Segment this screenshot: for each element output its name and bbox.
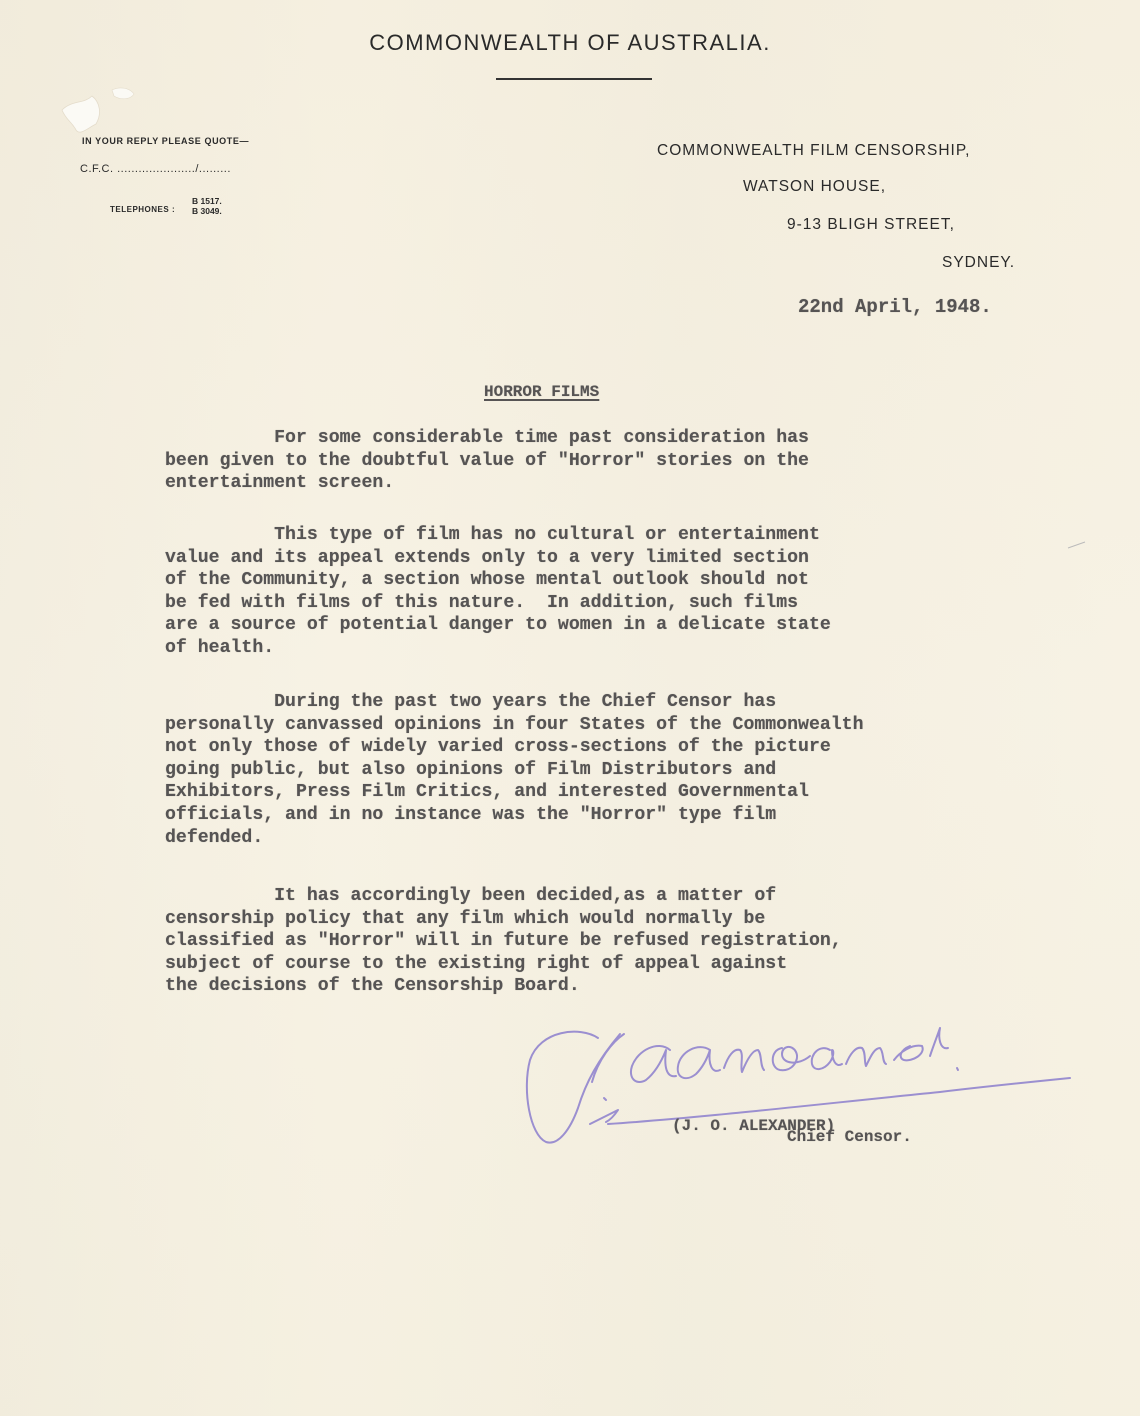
letterhead-title: COMMONWEALTH OF AUSTRALIA.	[0, 30, 1140, 56]
pencil-mark	[1067, 540, 1087, 550]
body-paragraph: For some considerable time past consider…	[165, 427, 809, 495]
paper-damage-mark	[58, 84, 138, 144]
body-paragraph: This type of film has no cultural or ent…	[165, 524, 831, 660]
body-paragraph: It has accordingly been decided,as a mat…	[165, 885, 842, 998]
letter-date: 22nd April, 1948.	[798, 296, 992, 318]
reply-quote-note: IN YOUR REPLY PLEASE QUOTE—	[82, 136, 249, 146]
address-line-organisation: COMMONWEALTH FILM CENSORSHIP,	[657, 142, 970, 160]
telephone-number: B 3049.	[192, 206, 222, 216]
title-underline-rule	[496, 78, 652, 80]
letter-heading: HORROR FILMS	[484, 383, 599, 401]
signatory-title: Chief Censor.	[787, 1128, 912, 1146]
address-line-street: 9-13 BLIGH STREET,	[787, 216, 955, 234]
telephones-label: TELEPHONES :	[110, 205, 175, 214]
address-line-building: WATSON HOUSE,	[743, 178, 886, 196]
telephone-number: B 1517.	[192, 196, 222, 206]
reference-number-field: C.F.C. ....................../.........	[80, 163, 231, 175]
address-line-city: SYDNEY.	[942, 254, 1015, 272]
body-paragraph: During the past two years the Chief Cens…	[165, 691, 864, 849]
telephone-numbers: B 1517. B 3049.	[192, 196, 222, 216]
